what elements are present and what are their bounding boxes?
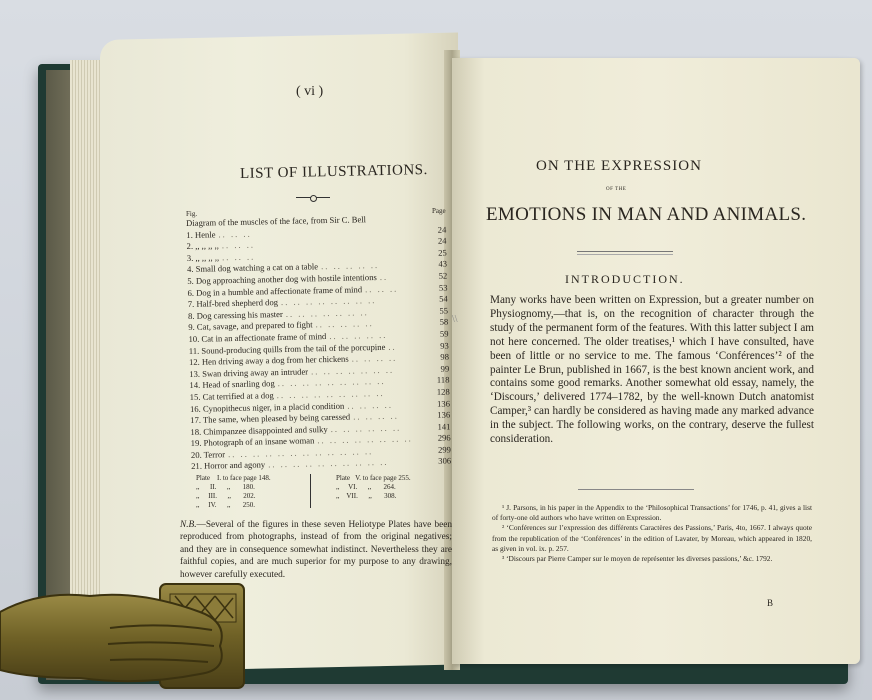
page-number: ( vi ) [296,84,323,100]
ornamental-rule [296,197,330,198]
pencil-mark: \\ [452,314,458,325]
plate-entry: ,, III. ,, 202. [196,492,271,501]
illustrations-list: Diagram of the muscles of the face, from… [186,213,451,473]
title-line-1: ON THE EXPRESSION [536,158,702,175]
plate-entry: ,, VI. ,, 264. [336,483,411,492]
title-rule [577,251,673,255]
plate-entry: ,, II. ,, 180. [196,483,271,492]
plate-entry: ,, VII. ,, 308. [336,492,411,501]
introduction-body: Many works have been written on Expressi… [490,294,814,447]
plate-entry: ,, IV. ,, 250. [196,501,271,510]
footnote: ¹ J. Parsons, in his paper in the Append… [492,503,812,523]
page-stack [70,60,100,660]
plates-list-right: Plate V. to face page 255. ,, VI. ,, 264… [336,474,411,501]
signature-mark: B [767,598,773,608]
footnotes: ¹ J. Parsons, in his paper in the Append… [492,503,812,564]
footnote: ³ ‘Discours par Pierre Camper sur le moy… [492,554,812,564]
section-heading: INTRODUCTION. [565,272,685,287]
footnote-rule [578,489,694,490]
nb-label: N.B. [180,520,197,530]
nb-text: —Several of the figures in these seven H… [180,520,452,580]
footnote: ² ‘Conférences sur l’expression des diff… [492,523,812,554]
plates-list-left: Plate I. to face page 148. ,, II. ,, 180… [196,474,271,510]
plate-entry: Plate V. to face page 255. [336,474,411,483]
nb-note: N.B.—Several of the figures in these sev… [180,519,452,581]
plates-divider [310,474,311,508]
title-of-the: OF THE [606,187,626,192]
plate-entry: Plate I. to face page 148. [196,474,271,483]
title-line-2: EMOTIONS IN MAN AND ANIMALS. [486,204,806,226]
brass-hand-bookmark-icon [0,582,246,692]
